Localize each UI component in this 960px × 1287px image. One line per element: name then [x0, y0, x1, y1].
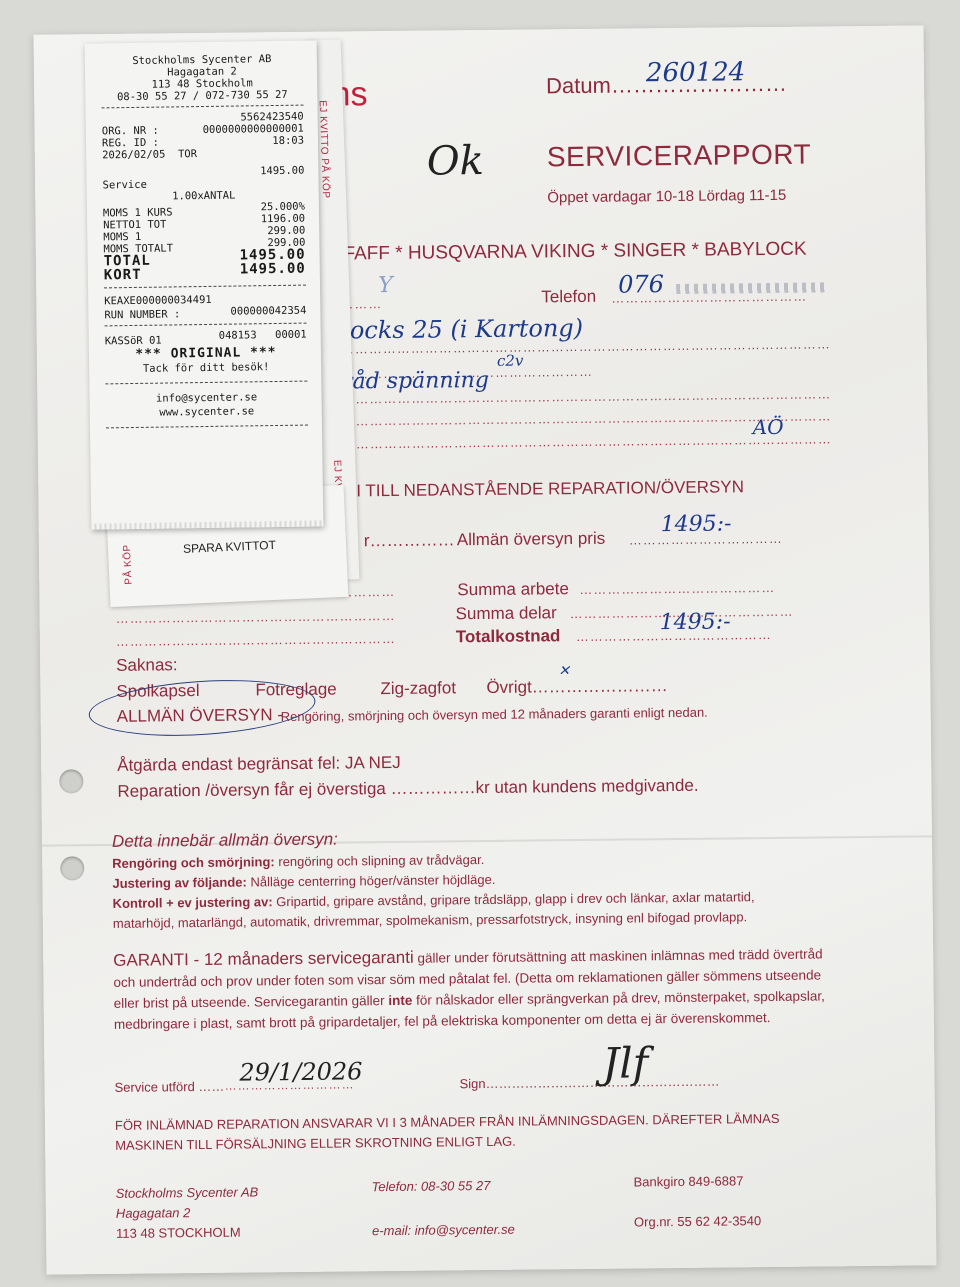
- receipt-thanks: Tack för ditt besök!: [105, 361, 307, 376]
- dotted-line: ……………………………………………………: [116, 608, 396, 626]
- footer-street: Hagagatan 2: [116, 1205, 191, 1221]
- item-line-2: tråd spänning: [333, 368, 489, 395]
- dotted-line: ……………………………………………………: [116, 631, 396, 649]
- includes-line: matarhöjd, matarlängd, automatik, drivre…: [113, 909, 748, 931]
- overview-price-value: 1495:-: [661, 511, 732, 537]
- punch-hole: [59, 769, 83, 793]
- saknas-label: Saknas:: [116, 655, 178, 676]
- payment-receipt: Stockholms Sycenter AB Hagagatan 2 113 4…: [85, 40, 324, 529]
- atgarda-line: Åtgärda endast begränsat fel: JA NEJ: [117, 753, 401, 776]
- card-receipt-side-text: PÅ KÖP: [122, 544, 135, 585]
- receipt-date: 2026/02/05 TOR: [102, 147, 304, 162]
- receipt-email: info@sycenter.se: [106, 391, 308, 406]
- footer-bankgiro: Bankgiro 849-6887: [634, 1173, 744, 1189]
- customer-mark: Y: [378, 273, 393, 298]
- receipt-web: www.sycenter.se: [106, 405, 308, 420]
- includes-line: Kontroll + ev justering av: Gripartid, g…: [113, 889, 755, 911]
- saknas-item: Zig-zagfot: [380, 678, 456, 699]
- footer-company: Stockholms Sycenter AB: [116, 1184, 259, 1200]
- item-line-4: AÖ: [753, 415, 784, 439]
- saknas-item: Övrigt……………………: [486, 676, 668, 698]
- telefon-label: Telefon: [541, 287, 596, 308]
- summa-delar-label: Summa delar: [456, 603, 557, 624]
- service-utford-date: 29/1/2026: [239, 1057, 362, 1086]
- receipt-divider: [102, 105, 304, 109]
- totalkostnad-label: Totalkostnad: [456, 626, 561, 647]
- footer-city: 113 48 STOCKHOLM: [116, 1225, 241, 1241]
- limit-line: Reparation /översyn får ej överstiga …………: [117, 776, 698, 802]
- opening-hours: Öppet vardagar 10-18 Lördag 11-15: [547, 187, 786, 207]
- punch-hole: [60, 856, 84, 880]
- signature: Jlf: [602, 1038, 648, 1087]
- overview-prefix: r……………: [364, 530, 455, 551]
- service-utford-label: Service utförd ……: [114, 1079, 224, 1095]
- form-title: SERVICERAPPORT: [547, 139, 812, 174]
- liability-notice: FÖR INLÄMNAD REPARATION ANSVARAR VI I 3 …: [115, 1108, 845, 1156]
- garanti-text: GARANTI - 12 månaders servicegaranti gäl…: [113, 942, 844, 1035]
- telefon-value: 076: [618, 270, 664, 298]
- datum-value: 260124: [646, 57, 746, 88]
- receipt-phone: 08-30 55 27 / 072-730 55 27: [101, 89, 303, 104]
- sign-label: Sign………………………………………………: [459, 1074, 719, 1092]
- overview-price-label: Allmän översyn pris: [457, 529, 606, 551]
- receipt-divider: [106, 425, 308, 429]
- item-line-2-superscript: c2v: [497, 352, 524, 370]
- brands-line: PFAFF * HUSQVARNA VIKING * SINGER * BABY…: [331, 239, 807, 266]
- footer-orgnr: Org.nr. 55 62 42-3540: [634, 1213, 761, 1229]
- item-line-1: ylocks 25 (i Kartong): [329, 314, 584, 345]
- save-receipt-note: SPARA KVITTOT: [183, 538, 276, 556]
- redacted-phone: [676, 282, 826, 294]
- initials-mark: Ok: [427, 138, 485, 185]
- receipt-divider: [104, 285, 306, 289]
- footer-telefon: Telefon: 08-30 55 27: [372, 1178, 491, 1194]
- allman-oversyn-description: Rengöring, smörjning och översyn med 12 …: [281, 705, 708, 724]
- saknas-mark: ✕: [558, 663, 570, 679]
- receipt-divider: [105, 323, 307, 327]
- repair-heading: I TILL NEDANSTÅENDE REPARATION/ÖVERSYN: [356, 477, 744, 501]
- footer-email: e-mail: info@sycenter.se: [372, 1222, 515, 1238]
- includes-heading: Detta innebär allmän översyn:: [112, 830, 338, 852]
- includes-line: Justering av följande: Nålläge centerrin…: [112, 872, 495, 891]
- dotted-line: ……………………………………: [579, 580, 775, 597]
- receipt-original: *** ORIGINAL ***: [105, 345, 307, 363]
- summa-arbete-label: Summa arbete: [457, 579, 569, 600]
- receipt-divider: [105, 381, 307, 385]
- receipt-side-text: EJ KVITTO PÅ KÖP: [317, 100, 331, 199]
- totalkostnad-value: 1495:-: [660, 609, 731, 635]
- receipt-kort-value: 1495.00: [104, 261, 306, 280]
- includes-line: Rengöring och smörjning: rengöring och s…: [112, 852, 484, 871]
